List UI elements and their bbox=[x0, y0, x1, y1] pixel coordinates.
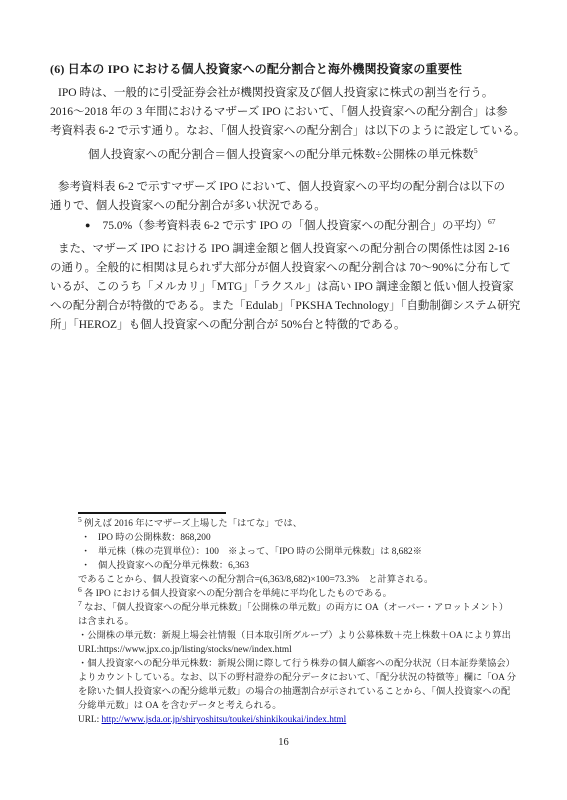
footnote-marker-6: 6 bbox=[78, 585, 82, 594]
url-label: URL: bbox=[78, 715, 102, 725]
bullet-text: 75.0%（参考資料表 6-2 で示す IPO の「個人投資家への配分割合」の平… bbox=[102, 220, 488, 232]
footnote-5-item: ・IPO 時の公開株数：868,200 bbox=[78, 531, 508, 545]
footnote-5-line: 5 例えば 2016 年にマザーズ上場した「はてな」では、 bbox=[78, 517, 508, 531]
paragraph-line: 通りで、個人投資家への配分割合が多い状況である。 bbox=[50, 197, 515, 216]
paragraph-line: 参考資料表 6-2 で示すマザーズ IPO において、個人投資家への平均の配分割… bbox=[50, 178, 515, 197]
paragraph-2: 参考資料表 6-2 で示すマザーズ IPO において、個人投資家への平均の配分割… bbox=[50, 178, 515, 216]
paragraph-line: IPO 時は、一般的に引受証券会社が機関投資家及び個人投資家に株式の割当を行う。 bbox=[50, 84, 515, 103]
footnote-ref-5: 5 bbox=[474, 146, 478, 155]
footnote-text: 各 IPO における個人投資家への配分割合を単純に平均化したものである。 bbox=[84, 589, 392, 599]
footnote-text: 個人投資家への配分単元株数：6,363 bbox=[98, 561, 249, 571]
paragraph-3: また、マザーズ IPO における IPO 調達金額と個人投資家への配分割合の関係… bbox=[50, 240, 515, 335]
paragraph-line: また、マザーズ IPO における IPO 調達金額と個人投資家への配分割合の関係… bbox=[50, 240, 515, 259]
footnote-7-line: を除いた個人投資家への配分総単元数」の場合の抽選割合が示されていることから、「個… bbox=[78, 685, 508, 699]
dot-bullet-icon: ・ bbox=[81, 531, 90, 545]
footnote-marker-7: 7 bbox=[78, 599, 82, 608]
page-number: 16 bbox=[0, 737, 567, 748]
footnote-text: IPO 時の公開株数：868,200 bbox=[98, 533, 211, 543]
dot-bullet-icon: ・ bbox=[81, 559, 90, 573]
footnote-5-item: ・個人投資家への配分単元株数：6,363 bbox=[78, 559, 508, 573]
jsda-url-link[interactable]: http://www.jsda.or.jp/shiryoshitsu/touke… bbox=[102, 715, 347, 725]
paragraph-line: への配分割合が特徴的である。また「Edulab」「PKSHA Technolog… bbox=[50, 297, 515, 316]
formula-text: 個人投資家への配分割合＝個人投資家への配分単元株数÷公開株の単元株数 bbox=[88, 149, 474, 161]
footnote-7-line: URL:https://www.jpx.co.jp/listing/stocks… bbox=[78, 643, 508, 657]
allocation-formula: 個人投資家への配分割合＝個人投資家への配分単元株数÷公開株の単元株数5 bbox=[50, 146, 515, 165]
footnote-7-line: ・公開株の単元数：新規上場会社情報（日本取引所グループ）より公募株数＋売上株数＋… bbox=[78, 629, 508, 643]
paragraph-line: 所」「HEROZ」も個人投資家への配分割合が 50%台と特徴的である。 bbox=[50, 316, 515, 335]
paragraph-line: 考資料表 6-2 で示す通り。なお、「個人投資家への配分割合」は以下のように設定… bbox=[50, 122, 515, 141]
bullet-icon: ● bbox=[85, 220, 90, 230]
footnote-text: 単元株（株の売買単位）：100 ※よって、「IPO 時の公開単元株数」は 8,6… bbox=[98, 547, 422, 557]
footnote-7-url-line: URL: http://www.jsda.or.jp/shiryoshitsu/… bbox=[78, 713, 508, 727]
footnote-7-line: よりカウントしている。なお、以下の野村證券の配分データにおいて、「配分状況の特徴… bbox=[78, 671, 508, 685]
average-allocation-bullet: ●75.0%（参考資料表 6-2 で示す IPO の「個人投資家への配分割合」の… bbox=[50, 216, 550, 236]
footnote-text: なお、「個人投資家への配分単元株数」「公開株の単元数」の両方に OA（オーバー・… bbox=[84, 603, 508, 613]
footnote-text: 例えば 2016 年にマザーズ上場した「はてな」では、 bbox=[84, 519, 302, 529]
footnote-5-item: ・単元株（株の売買単位）：100 ※よって、「IPO 時の公開単元株数」は 8,… bbox=[78, 545, 508, 559]
paragraph-line: の通り。全般的に相関は見られず大部分が個人投資家への配分割合は 70～90%に分… bbox=[50, 259, 515, 278]
footnote-ref-67: 67 bbox=[488, 217, 496, 226]
footnote-marker-5: 5 bbox=[78, 515, 82, 524]
footnote-7-line: ・個人投資家への配分単元株数：新規公開に際して行う株券の個人顧客への配分状況（日… bbox=[78, 657, 508, 671]
section-heading: (6) 日本の IPO における個人投資家への配分割合と海外機関投資家の重要性 bbox=[50, 60, 520, 77]
footnote-7-line: 分総単元数」は OA を含むデータと考えられる。 bbox=[78, 699, 508, 713]
footnote-separator bbox=[78, 512, 226, 514]
footnotes: 5 例えば 2016 年にマザーズ上場した「はてな」では、 ・IPO 時の公開株… bbox=[78, 517, 508, 727]
footnote-5-conclusion: であることから、個人投資家への配分割合=(6,363/8,682)×100=73… bbox=[78, 573, 508, 587]
footnote-6-line: 6 各 IPO における個人投資家への配分割合を単純に平均化したものである。 bbox=[78, 587, 508, 601]
dot-bullet-icon: ・ bbox=[81, 545, 90, 559]
paragraph-line: いるが、このうち「メルカリ」「MTG」「ラクスル」は高い IPO 調達金額と低い… bbox=[50, 278, 515, 297]
footnote-7-line: は含まれる。 bbox=[78, 615, 508, 629]
paragraph-1: IPO 時は、一般的に引受証券会社が機関投資家及び個人投資家に株式の割当を行う。… bbox=[50, 84, 515, 141]
paragraph-line: 2016～2018 年の 3 年間におけるマザーズ IPO において、「個人投資… bbox=[50, 103, 515, 122]
footnote-7-line: 7 なお、「個人投資家への配分単元株数」「公開株の単元数」の両方に OA（オーバ… bbox=[78, 601, 508, 615]
